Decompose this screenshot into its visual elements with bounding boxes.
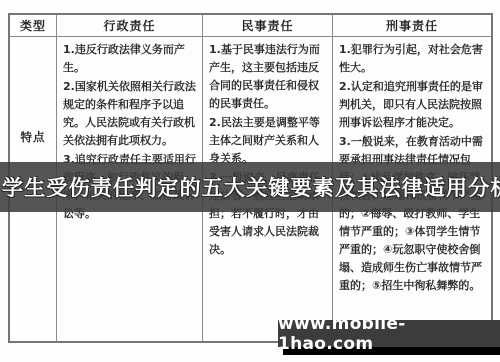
page-title: 学生受伤责任判定的五大关键要素及其法律适用分析 <box>0 172 500 202</box>
admin-point-1: 1.违反行政法律义务而产生。 <box>63 41 197 77</box>
header-civil-liability: 民事责任 <box>203 15 333 37</box>
header-type: 类型 <box>10 15 57 37</box>
civil-point-1: 1.基于民事违法行为而产生，这主要包括违反合同的民事责任和侵权的民事责任。 <box>209 41 327 113</box>
headline-overlay-band: 学生受伤责任判定的五大关键要素及其法律适用分析 <box>0 162 500 212</box>
criminal-point-3: 3.一般说来，在教育活动中需要承担刑事法律责任情况包括：①扰乱学校秩序，破坏学校… <box>339 133 486 295</box>
header-administrative-liability: 行政责任 <box>57 15 203 37</box>
civil-point-2: 2.民法主要是调整平等主体之间财产关系和人身关系。 <box>209 114 327 168</box>
infographic-page: 类型 行政责任 民事责任 刑事责任 特点 1.违反行政法律义务而产生。 2.国家… <box>0 0 500 362</box>
site-watermark: www.mobile-1hao.com <box>278 320 500 355</box>
admin-point-2: 2.国家机关依照相关行政法规定的条件和程序予以追究。人民法院或有关行政机关依法拥… <box>63 78 197 150</box>
header-criminal-liability: 刑事责任 <box>333 15 491 37</box>
watermark-url: www.mobile-1hao.com <box>278 314 500 354</box>
criminal-point-2: 2.认定和追究刑事责任的是审判机关，即只有人民法院按照刑事诉讼程序才能决定。 <box>339 78 486 132</box>
criminal-point-1: 1.犯罪行为引起，对社会危害性大。 <box>339 41 486 77</box>
watermark-box: www.mobile-1hao.com <box>278 320 500 347</box>
